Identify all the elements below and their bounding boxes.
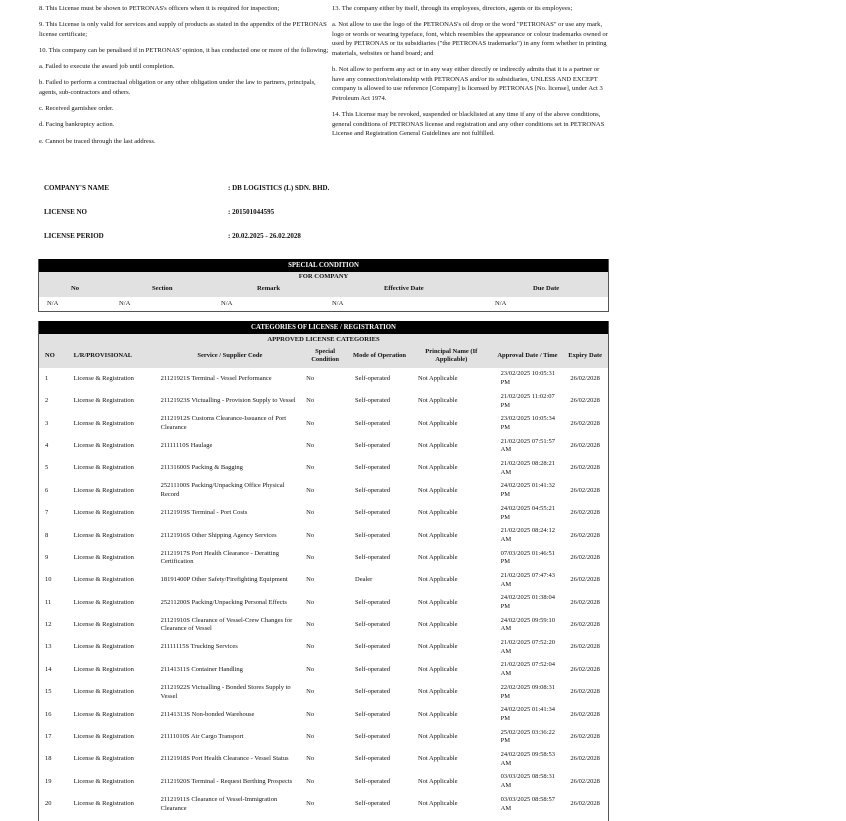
cell-approval-date: 23/02/2025 10:05:34 PM	[493, 413, 563, 435]
cell-lr-provisional: License & Registration	[72, 614, 159, 636]
cell-no: 2	[39, 390, 72, 412]
table-row: 6License & Registration25211100S Packing…	[39, 480, 608, 502]
cell-approval-date: 22/02/2025 09:08:31 PM	[493, 681, 563, 703]
cell-special-condition: No	[301, 749, 349, 771]
cell-service-code: 18191400P Other Safety/Firefighting Equi…	[159, 570, 302, 592]
cell-mode-of-operation: Self-operated	[349, 592, 410, 614]
cell-approval-date: 21/02/2025 08:28:21 AM	[493, 458, 563, 480]
special-condition-header: No Section Remark Effective Date Due Dat…	[39, 282, 608, 297]
cell-expiry-date: 26/02/2028	[562, 614, 608, 636]
cell-service-code: 21131600S Packing & Bagging	[159, 458, 302, 480]
cell-service-code: 21121917S Port Health Clearance - Deratt…	[159, 547, 302, 569]
cell-lr-provisional: License & Registration	[72, 547, 159, 569]
cell-principal-name: Not Applicable	[410, 525, 493, 547]
table-row: 13License & Registration21111115S Trucki…	[39, 637, 608, 659]
cell-principal-name: Not Applicable	[410, 659, 493, 681]
cell-lr-provisional: License & Registration	[72, 502, 159, 524]
special-condition-table: SPECIAL CONDITION FOR COMPANY No Section…	[38, 259, 609, 312]
table-row: 1License & Registration21121921S Termina…	[39, 368, 608, 390]
cell-principal-name: Not Applicable	[410, 458, 493, 480]
table-row: 15License & Registration21121922S Victua…	[39, 681, 608, 703]
cell-no: 11	[39, 592, 72, 614]
cell-mode-of-operation: Self-operated	[349, 793, 410, 815]
cell-service-code: 21121916S Other Shipping Agency Services	[159, 525, 302, 547]
cell-principal-name: Not Applicable	[410, 570, 493, 592]
special-condition-title: SPECIAL CONDITION	[39, 259, 608, 272]
cell-approval-date: 21/02/2025 07:47:43 AM	[493, 570, 563, 592]
header-expiry-date: Expiry Date	[562, 344, 608, 368]
cell-approval-date: 24/02/2025 01:41:32 PM	[493, 480, 563, 502]
cell-mode-of-operation: Self-operated	[349, 637, 410, 659]
cell-service-code: 21121921S Terminal - Vessel Performance	[159, 368, 302, 390]
cell-service-code: 21141313S Non-bonded Warehouse	[159, 704, 302, 726]
header-principal-name: Principal Name (If Applicable)	[410, 344, 493, 368]
cell-principal-name: Not Applicable	[410, 637, 493, 659]
cell-no: 12	[39, 614, 72, 636]
cell-principal-name: Not Applicable	[410, 547, 493, 569]
term-10e: e. Cannot be traced through the last add…	[39, 137, 329, 147]
cell-no: 13	[39, 637, 72, 659]
cell-service-code: 21121923S Victualling - Provision Supply…	[159, 390, 302, 412]
cell-mode-of-operation: Self-operated	[349, 502, 410, 524]
cell-principal-name: Not Applicable	[410, 502, 493, 524]
cell-no: 19	[39, 771, 72, 793]
company-name-row: COMPANY'S NAME : DB LOGISTICS (L) SDN. B…	[44, 184, 109, 192]
cell-lr-provisional: License & Registration	[72, 435, 159, 457]
cell-mode-of-operation: Self-operated	[349, 413, 410, 435]
cell-expiry-date: 26/02/2028	[562, 592, 608, 614]
cell-service-code: 21121922S Victualling - Bonded Stores Su…	[159, 681, 302, 703]
cell-approval-date: 24/02/2025 09:59:10 AM	[493, 614, 563, 636]
cell-special-condition: No	[301, 435, 349, 457]
cell-principal-name: Not Applicable	[410, 681, 493, 703]
term-13b: b. Not allow to perform any act or in an…	[332, 65, 610, 103]
term-10a: a. Failed to execute the award job until…	[39, 62, 329, 72]
cell-service-code: 21121918S Port Health Clearance - Vessel…	[159, 749, 302, 771]
sc-cell-due-date: N/A	[495, 300, 506, 307]
cell-special-condition: No	[301, 525, 349, 547]
categories-title: CATEGORIES OF LICENSE / REGISTRATION	[39, 321, 608, 334]
cell-no: 4	[39, 435, 72, 457]
cell-no: 3	[39, 413, 72, 435]
header-no: NO	[39, 344, 72, 368]
table-row: 19License & Registration21121920S Termin…	[39, 771, 608, 793]
cell-lr-provisional: License & Registration	[72, 413, 159, 435]
table-row: 8License & Registration21121916S Other S…	[39, 525, 608, 547]
cell-lr-provisional: License & Registration	[72, 525, 159, 547]
cell-special-condition: No	[301, 793, 349, 815]
cell-expiry-date: 26/02/2028	[562, 435, 608, 457]
cell-approval-date: 21/02/2025 07:52:04 AM	[493, 659, 563, 681]
cell-lr-provisional: License & Registration	[72, 793, 159, 815]
cell-no: 16	[39, 704, 72, 726]
cell-expiry-date: 26/02/2028	[562, 570, 608, 592]
categories-header-row: NO L/R/PROVISIONAL Service / Supplier Co…	[39, 344, 608, 368]
cell-principal-name: Not Applicable	[410, 614, 493, 636]
cell-special-condition: No	[301, 368, 349, 390]
sc-header-section: Section	[152, 285, 173, 292]
cell-service-code: 21121910S Clearance of Vessel-Crew Chang…	[159, 614, 302, 636]
cell-lr-provisional: License & Registration	[72, 592, 159, 614]
cell-lr-provisional: License & Registration	[72, 368, 159, 390]
cell-service-code: 25211200S Packing/Unpacking Personal Eff…	[159, 592, 302, 614]
company-name-label: COMPANY'S NAME	[44, 184, 109, 192]
cell-lr-provisional: License & Registration	[72, 659, 159, 681]
cell-special-condition: No	[301, 547, 349, 569]
header-approval-date: Approval Date / Time	[493, 344, 563, 368]
cell-service-code: 21121920S Terminal - Request Berthing Pr…	[159, 771, 302, 793]
cell-principal-name: Not Applicable	[410, 704, 493, 726]
cell-lr-provisional: License & Registration	[72, 681, 159, 703]
cell-special-condition: No	[301, 390, 349, 412]
cell-expiry-date: 26/02/2028	[562, 771, 608, 793]
term-10b: b. Failed to perform a contractual oblig…	[39, 78, 329, 97]
cell-expiry-date: 26/02/2028	[562, 681, 608, 703]
cell-expiry-date: 26/02/2028	[562, 502, 608, 524]
table-row: 3License & Registration21121912S Customs…	[39, 413, 608, 435]
cell-special-condition: No	[301, 413, 349, 435]
cell-approval-date: 03/03/2025 08:58:31 AM	[493, 771, 563, 793]
table-row: 5License & Registration21131600S Packing…	[39, 458, 608, 480]
cell-principal-name: Not Applicable	[410, 726, 493, 748]
cell-expiry-date: 26/02/2028	[562, 480, 608, 502]
cell-principal-name: Not Applicable	[410, 390, 493, 412]
cell-lr-provisional: License & Registration	[72, 570, 159, 592]
cell-service-code: 25211100S Packing/Unpacking Office Physi…	[159, 480, 302, 502]
table-row: 14License & Registration21141311S Contai…	[39, 659, 608, 681]
cell-approval-date: 24/02/2025 04:55:21 PM	[493, 502, 563, 524]
sc-cell-no: N/A	[47, 300, 58, 307]
cell-mode-of-operation: Self-operated	[349, 480, 410, 502]
table-row: 18License & Registration21121918S Port H…	[39, 749, 608, 771]
cell-service-code: 21141311S Container Handling	[159, 659, 302, 681]
table-row: 2License & Registration21121923S Victual…	[39, 390, 608, 412]
cell-expiry-date: 26/02/2028	[562, 659, 608, 681]
license-no-label: LICENSE NO	[44, 208, 87, 216]
cell-approval-date: 24/02/2025 01:41:34 PM	[493, 704, 563, 726]
header-lr-provisional: L/R/PROVISIONAL	[72, 344, 159, 368]
license-categories-table: CATEGORIES OF LICENSE / REGISTRATION APP…	[38, 321, 609, 821]
table-row: 20License & Registration21121911S Cleara…	[39, 793, 608, 815]
cell-expiry-date: 26/02/2028	[562, 547, 608, 569]
cell-service-code: 21121911S Clearance of Vessel-Immigratio…	[159, 793, 302, 815]
cell-expiry-date: 26/02/2028	[562, 413, 608, 435]
categories-subtitle: APPROVED LICENSE CATEGORIES	[39, 334, 608, 344]
header-special-condition: Special Condition	[301, 344, 349, 368]
company-name-value: : DB LOGISTICS (L) SDN. BHD.	[228, 184, 329, 192]
cell-lr-provisional: License & Registration	[72, 480, 159, 502]
cell-service-code: 21111110S Haulage	[159, 435, 302, 457]
cell-principal-name: Not Applicable	[410, 413, 493, 435]
cell-special-condition: No	[301, 458, 349, 480]
term-10d: d. Facing bankruptcy action.	[39, 120, 329, 130]
cell-special-condition: No	[301, 570, 349, 592]
license-no-row: LICENSE NO : 201501044595	[44, 208, 87, 216]
cell-principal-name: Not Applicable	[410, 368, 493, 390]
cell-lr-provisional: License & Registration	[72, 390, 159, 412]
cell-lr-provisional: License & Registration	[72, 771, 159, 793]
cell-approval-date: 21/02/2025 07:52:20 AM	[493, 637, 563, 659]
cell-no: 10	[39, 570, 72, 592]
categories-grid: NO L/R/PROVISIONAL Service / Supplier Co…	[39, 344, 608, 816]
cell-expiry-date: 26/02/2028	[562, 793, 608, 815]
sc-header-remark: Remark	[257, 285, 280, 292]
terms-right-column: 13. The company either by itself, throug…	[332, 4, 610, 146]
cell-lr-provisional: License & Registration	[72, 704, 159, 726]
license-period-row: LICENSE PERIOD : 20.02.2025 - 26.02.2028	[44, 232, 104, 240]
term-9: 9. This License is only valid for servic…	[39, 20, 329, 39]
cell-service-code: 21121912S Customs Clearance-Issuance of …	[159, 413, 302, 435]
cell-principal-name: Not Applicable	[410, 771, 493, 793]
cell-expiry-date: 26/02/2028	[562, 525, 608, 547]
cell-special-condition: No	[301, 592, 349, 614]
term-10: 10. This company can be penalised if in …	[39, 46, 329, 56]
cell-special-condition: No	[301, 502, 349, 524]
cell-approval-date: 21/02/2025 07:51:57 AM	[493, 435, 563, 457]
table-row: 11License & Registration25211200S Packin…	[39, 592, 608, 614]
term-13: 13. The company either by itself, throug…	[332, 4, 610, 14]
cell-special-condition: No	[301, 771, 349, 793]
license-period-label: LICENSE PERIOD	[44, 232, 104, 240]
header-service-code: Service / Supplier Code	[159, 344, 302, 368]
license-period-value: : 20.02.2025 - 26.02.2028	[228, 232, 301, 240]
cell-expiry-date: 26/02/2028	[562, 368, 608, 390]
special-condition-row: N/A N/A N/A N/A N/A	[39, 297, 608, 310]
header-mode-of-operation: Mode of Operation	[349, 344, 410, 368]
cell-approval-date: 07/03/2025 01:46:51 PM	[493, 547, 563, 569]
sc-cell-section: N/A	[119, 300, 130, 307]
sc-header-due-date: Due Date	[533, 285, 559, 292]
cell-no: 14	[39, 659, 72, 681]
cell-approval-date: 24/02/2025 09:58:53 AM	[493, 749, 563, 771]
cell-special-condition: No	[301, 704, 349, 726]
cell-principal-name: Not Applicable	[410, 592, 493, 614]
cell-lr-provisional: License & Registration	[72, 458, 159, 480]
cell-no: 20	[39, 793, 72, 815]
cell-expiry-date: 26/02/2028	[562, 726, 608, 748]
term-13a: a. Not allow to use the logo of the PETR…	[332, 20, 610, 58]
cell-special-condition: No	[301, 637, 349, 659]
cell-mode-of-operation: Self-operated	[349, 614, 410, 636]
cell-approval-date: 24/02/2025 01:38:04 PM	[493, 592, 563, 614]
cell-lr-provisional: License & Registration	[72, 749, 159, 771]
cell-no: 15	[39, 681, 72, 703]
cell-lr-provisional: License & Registration	[72, 637, 159, 659]
cell-no: 7	[39, 502, 72, 524]
cell-service-code: 21111010S Air Cargo Transport	[159, 726, 302, 748]
terms-left-column: 8. This License must be shown to PETRONA…	[39, 4, 329, 153]
sc-cell-remark: N/A	[221, 300, 232, 307]
cell-no: 6	[39, 480, 72, 502]
cell-mode-of-operation: Self-operated	[349, 525, 410, 547]
cell-principal-name: Not Applicable	[410, 793, 493, 815]
cell-approval-date: 23/02/2025 10:05:31 PM	[493, 368, 563, 390]
cell-no: 9	[39, 547, 72, 569]
term-8: 8. This License must be shown to PETRONA…	[39, 4, 329, 14]
sc-header-no: No	[71, 285, 79, 292]
sc-cell-effective-date: N/A	[332, 300, 343, 307]
cell-no: 18	[39, 749, 72, 771]
cell-mode-of-operation: Self-operated	[349, 547, 410, 569]
cell-mode-of-operation: Self-operated	[349, 726, 410, 748]
cell-mode-of-operation: Self-operated	[349, 681, 410, 703]
cell-no: 17	[39, 726, 72, 748]
cell-principal-name: Not Applicable	[410, 435, 493, 457]
cell-mode-of-operation: Dealer	[349, 570, 410, 592]
cell-special-condition: No	[301, 659, 349, 681]
license-no-value: : 201501044595	[228, 208, 274, 216]
cell-mode-of-operation: Self-operated	[349, 390, 410, 412]
cell-approval-date: 21/02/2025 11:02:07 PM	[493, 390, 563, 412]
table-row: 4License & Registration21111110S Haulage…	[39, 435, 608, 457]
cell-service-code: 21111115S Trucking Services	[159, 637, 302, 659]
table-row: 16License & Registration21141313S Non-bo…	[39, 704, 608, 726]
cell-expiry-date: 26/02/2028	[562, 749, 608, 771]
cell-mode-of-operation: Self-operated	[349, 659, 410, 681]
cell-approval-date: 21/02/2025 08:24:12 AM	[493, 525, 563, 547]
cell-mode-of-operation: Self-operated	[349, 771, 410, 793]
cell-mode-of-operation: Self-operated	[349, 435, 410, 457]
cell-expiry-date: 26/02/2028	[562, 637, 608, 659]
cell-expiry-date: 26/02/2028	[562, 458, 608, 480]
table-row: 12License & Registration21121910S Cleara…	[39, 614, 608, 636]
cell-principal-name: Not Applicable	[410, 749, 493, 771]
cell-expiry-date: 26/02/2028	[562, 390, 608, 412]
cell-no: 1	[39, 368, 72, 390]
cell-special-condition: No	[301, 681, 349, 703]
cell-mode-of-operation: Self-operated	[349, 704, 410, 726]
cell-expiry-date: 26/02/2028	[562, 704, 608, 726]
table-row: 7License & Registration21121919S Termina…	[39, 502, 608, 524]
term-14: 14. This License may be revoked, suspend…	[332, 110, 610, 139]
cell-mode-of-operation: Self-operated	[349, 749, 410, 771]
cell-approval-date: 25/02/2025 03:36:22 PM	[493, 726, 563, 748]
table-row: 9License & Registration21121917S Port He…	[39, 547, 608, 569]
cell-no: 8	[39, 525, 72, 547]
cell-special-condition: No	[301, 614, 349, 636]
cell-no: 5	[39, 458, 72, 480]
table-row: 17License & Registration21111010S Air Ca…	[39, 726, 608, 748]
cell-principal-name: Not Applicable	[410, 480, 493, 502]
term-10c: c. Received garnishee order.	[39, 104, 329, 114]
cell-approval-date: 03/03/2025 08:58:57 AM	[493, 793, 563, 815]
cell-special-condition: No	[301, 480, 349, 502]
special-condition-subtitle: FOR COMPANY	[39, 272, 608, 282]
cell-mode-of-operation: Self-operated	[349, 458, 410, 480]
cell-special-condition: No	[301, 726, 349, 748]
sc-header-effective-date: Effective Date	[384, 285, 424, 292]
table-row: 10License & Registration18191400P Other …	[39, 570, 608, 592]
cell-mode-of-operation: Self-operated	[349, 368, 410, 390]
cell-service-code: 21121919S Terminal - Port Costs	[159, 502, 302, 524]
cell-lr-provisional: License & Registration	[72, 726, 159, 748]
